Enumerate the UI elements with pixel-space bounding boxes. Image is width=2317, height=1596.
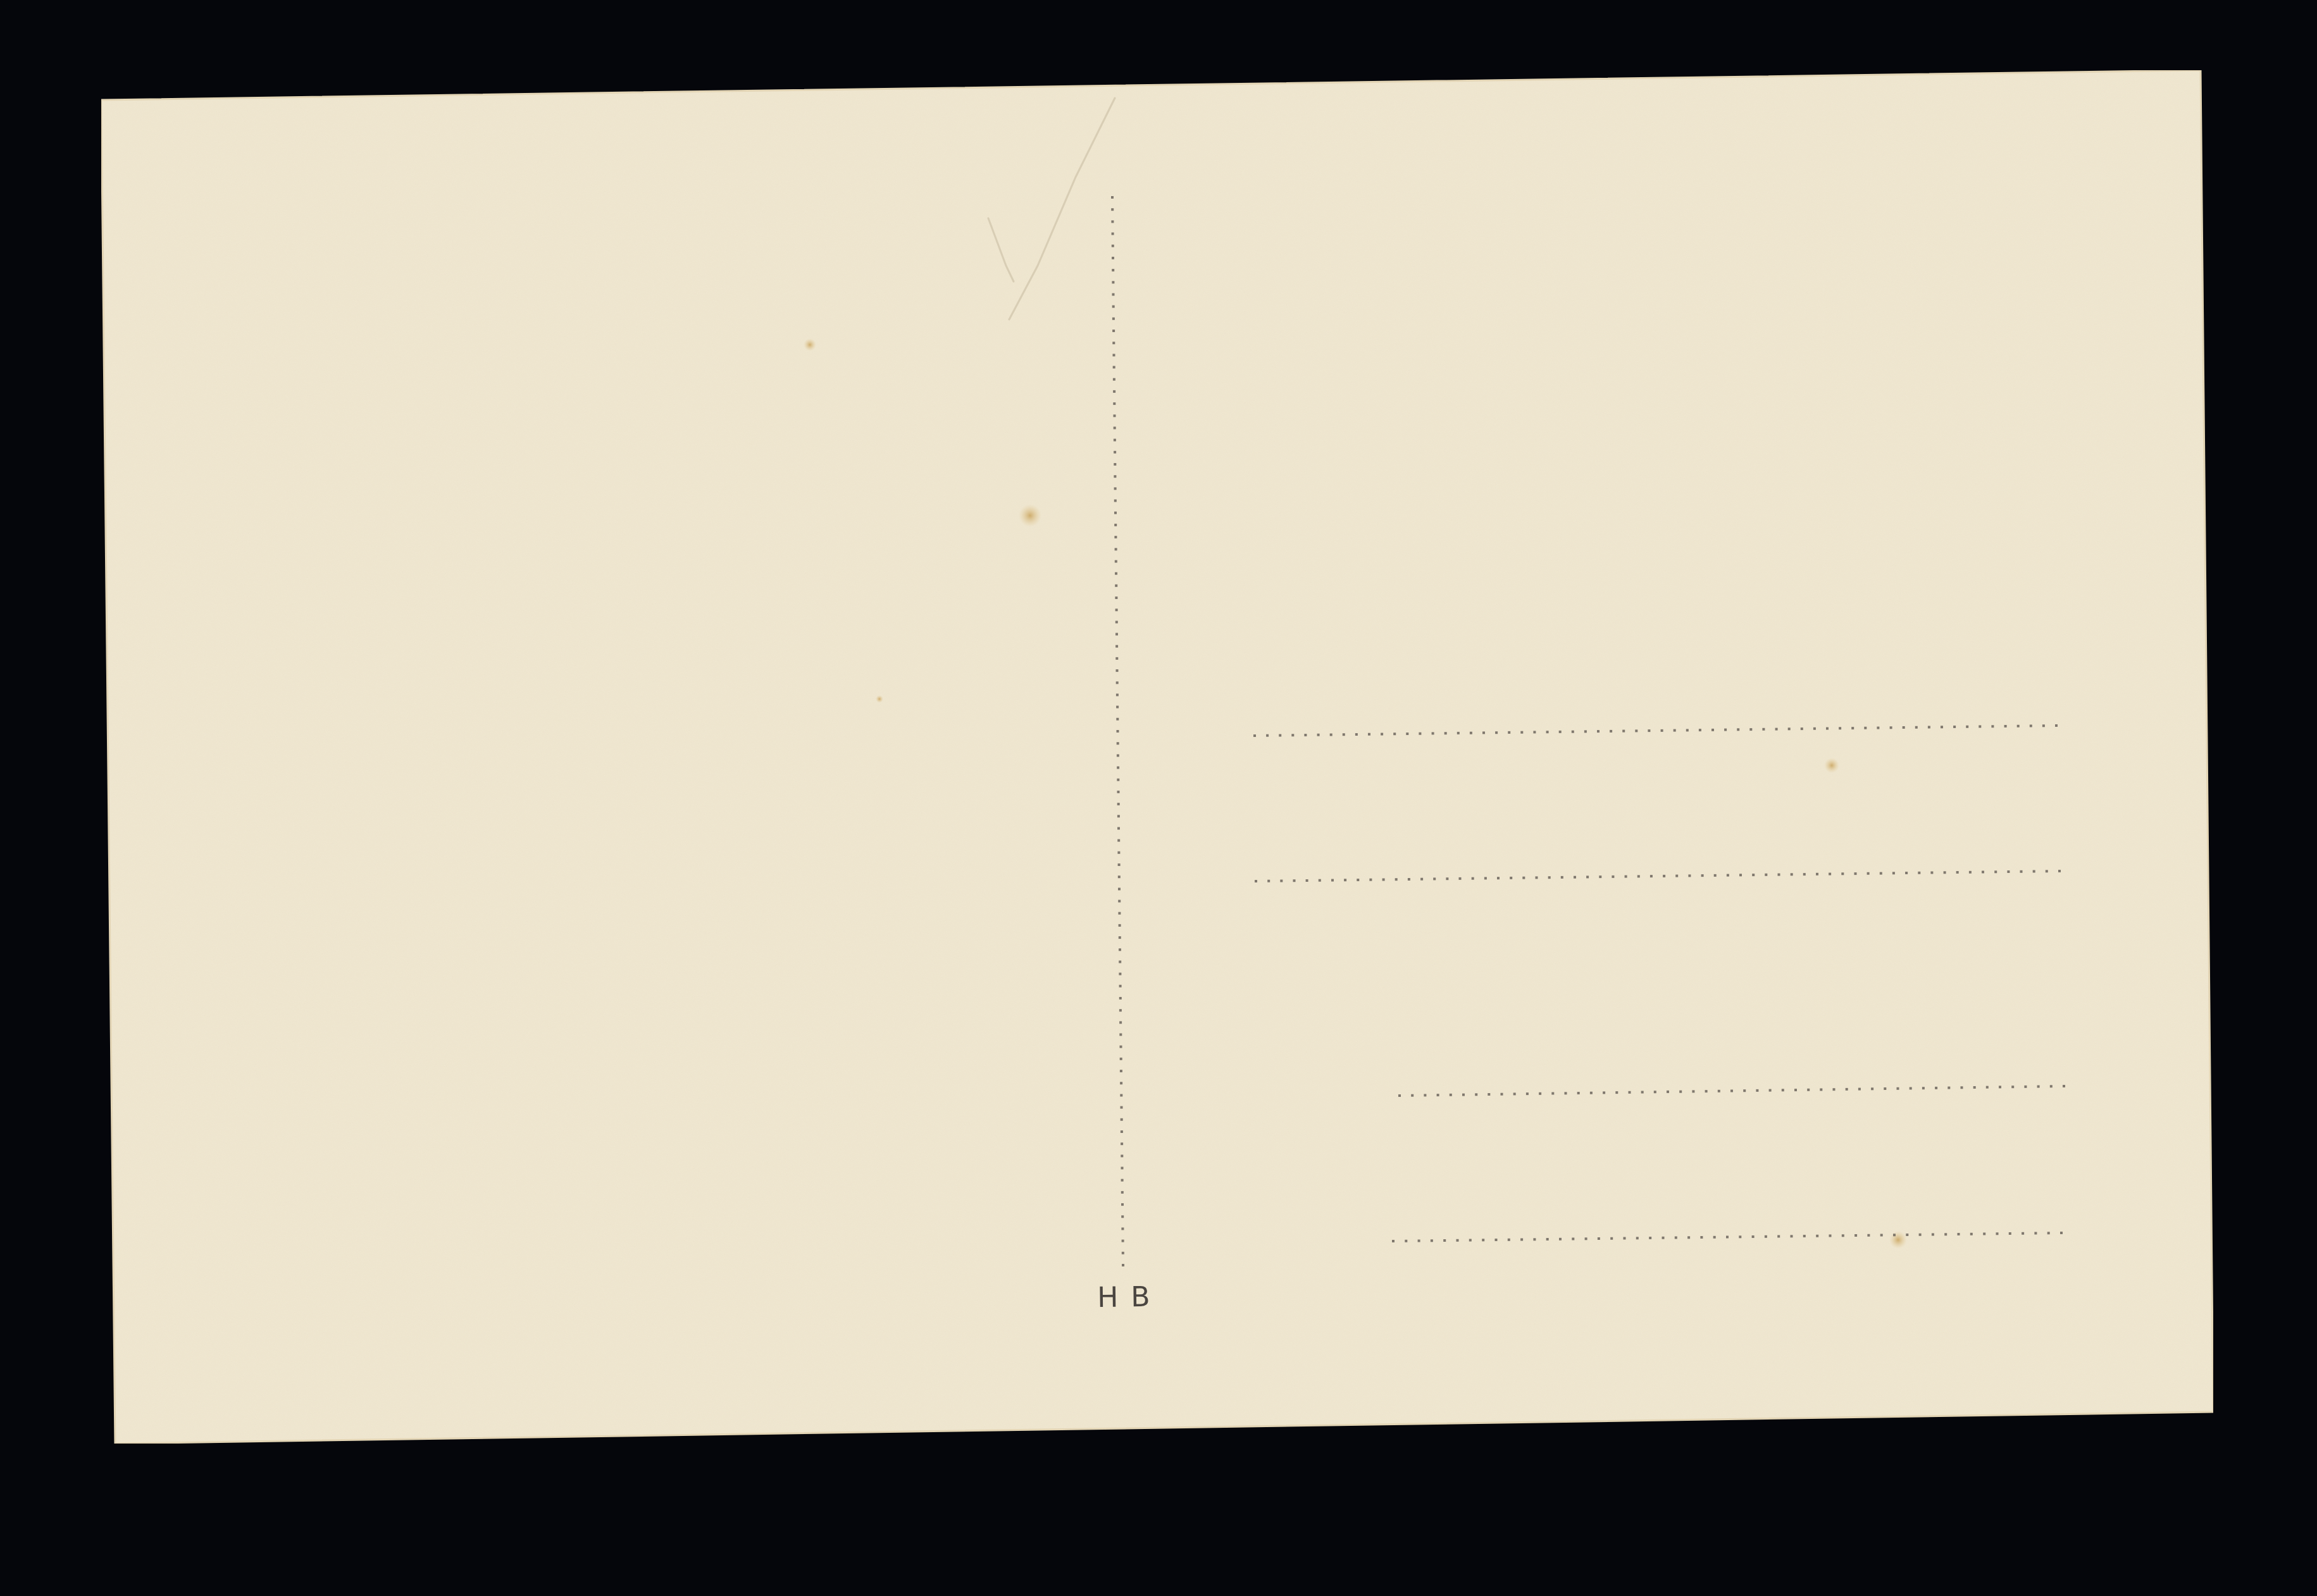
divider-dot — [1115, 621, 1118, 623]
address-dot — [1813, 727, 1816, 730]
address-dot — [1574, 876, 1576, 879]
address-dot — [1982, 871, 1984, 874]
divider-dot — [1117, 827, 1120, 830]
address-dot — [2004, 725, 2007, 727]
address-dot — [1357, 879, 1359, 881]
address-dot — [1603, 1091, 1605, 1094]
divider-dot — [1117, 767, 1119, 769]
divider-dot — [1114, 524, 1117, 526]
address-dot — [1437, 1094, 1439, 1096]
address-dot — [1411, 1094, 1413, 1097]
address-dot — [1344, 879, 1346, 881]
divider-dot — [1117, 754, 1119, 757]
address-dot — [1559, 1238, 1562, 1240]
address-dot — [1612, 875, 1614, 878]
address-dot — [1756, 1089, 1758, 1092]
divider-dot — [1117, 730, 1119, 733]
address-dot — [1559, 731, 1562, 733]
divider-dot — [1116, 706, 1119, 708]
divider-dot — [1121, 1179, 1124, 1182]
address-dot — [1846, 1088, 1848, 1091]
address-dot — [1778, 874, 1780, 876]
divider-dot — [1122, 1252, 1124, 1254]
address-dot — [1462, 1094, 1465, 1096]
divider-dot — [1121, 1167, 1124, 1170]
address-dot — [1406, 733, 1408, 735]
address-dot — [1915, 726, 1918, 729]
address-dot — [1679, 1091, 1682, 1093]
address-dot — [1405, 1240, 1407, 1242]
address-dot — [1615, 1091, 1618, 1094]
address-dot — [1649, 1237, 1651, 1239]
address-dot — [1355, 733, 1358, 736]
address-dot — [1918, 872, 1920, 874]
address-dot — [1475, 1093, 1477, 1096]
address-dot — [2009, 1232, 2011, 1235]
address-dot — [1820, 1089, 1822, 1091]
address-dot — [1897, 1087, 1899, 1090]
address-dot — [2030, 725, 2032, 727]
address-dot — [1947, 1087, 1950, 1089]
divider-dot — [1114, 500, 1117, 502]
address-dot — [1306, 879, 1308, 882]
address-dot — [1996, 1232, 1999, 1235]
address-dot — [1446, 877, 1448, 880]
address-dot — [1585, 1237, 1587, 1240]
divider-dot — [1112, 330, 1115, 332]
address-dot — [1622, 730, 1625, 733]
address-dot — [1369, 879, 1372, 881]
address-dot — [1973, 1086, 1976, 1089]
divider-dot — [1121, 1154, 1123, 1157]
address-dot — [1788, 727, 1791, 730]
address-dot — [1495, 1239, 1498, 1241]
address-dot — [2022, 1232, 2024, 1235]
address-dot — [1597, 730, 1600, 733]
divider-dot — [1114, 463, 1116, 466]
address-dot — [1826, 727, 1829, 730]
address-dot — [1877, 727, 1879, 729]
address-dot — [1526, 1092, 1529, 1095]
address-dot — [1858, 1088, 1861, 1091]
divider-dot — [1117, 851, 1120, 854]
divider-dot — [1118, 875, 1121, 878]
divider-dot — [1114, 475, 1116, 478]
address-dot — [1791, 1235, 1793, 1237]
address-dot — [1829, 873, 1831, 875]
address-dot — [1958, 1233, 1960, 1235]
address-dot — [1705, 1090, 1708, 1092]
address-dot — [1433, 877, 1436, 880]
address-dot — [1590, 1092, 1593, 1094]
address-dot — [1930, 872, 1933, 874]
address-dot — [1457, 1239, 1459, 1242]
divider-dot — [1114, 439, 1116, 442]
address-dot — [1497, 877, 1500, 879]
address-dot — [2055, 724, 2058, 727]
address-dot — [1730, 1090, 1733, 1092]
divider-dot — [1115, 597, 1117, 599]
divider-dot — [1114, 536, 1117, 538]
divider-dot — [1119, 997, 1122, 999]
address-dot — [1267, 880, 1270, 882]
address-dot — [1280, 880, 1283, 882]
divider-dot — [1119, 973, 1121, 975]
address-dot — [1713, 1236, 1716, 1239]
address-dot — [1941, 726, 1943, 728]
address-dot — [1484, 877, 1487, 879]
address-dot — [1470, 732, 1472, 734]
divider-dot — [1112, 281, 1114, 283]
address-dot — [1718, 1090, 1720, 1092]
address-dot — [1871, 1087, 1873, 1090]
divider-dot — [1113, 354, 1115, 356]
address-dot — [1662, 1237, 1665, 1239]
address-dot — [1714, 874, 1717, 877]
divider-dot — [1117, 779, 1119, 781]
address-dot — [1854, 1234, 1857, 1237]
address-dot — [1928, 726, 1930, 729]
address-dot — [1833, 1088, 1836, 1091]
address-dot — [1533, 1238, 1536, 1240]
divider-dot — [1116, 718, 1119, 721]
address-dot — [1765, 1235, 1767, 1238]
address-dot — [1983, 1233, 1985, 1235]
divider-dot — [1117, 791, 1120, 793]
address-dot — [2034, 1232, 2037, 1235]
address-dot — [1864, 727, 1867, 729]
address-dot — [2011, 1086, 2014, 1088]
address-dot — [1956, 871, 1959, 874]
address-dot — [1577, 1092, 1580, 1094]
divider-dot — [1114, 451, 1116, 454]
divider-dot — [1115, 560, 1117, 563]
address-dot — [1469, 1239, 1472, 1242]
address-dot — [1867, 1234, 1870, 1237]
address-dot — [1522, 877, 1525, 879]
divider-dot — [1119, 948, 1121, 951]
address-dot — [1953, 726, 1956, 728]
address-dot — [1782, 1089, 1784, 1091]
divider-dot — [1120, 1094, 1122, 1097]
address-dot — [1935, 1087, 1937, 1089]
address-dot — [2047, 1232, 2050, 1234]
address-dot — [1501, 1093, 1503, 1096]
address-dot — [1667, 1091, 1669, 1093]
divider-dot — [1118, 888, 1121, 890]
address-dot — [1625, 875, 1627, 878]
address-dot — [1431, 1239, 1433, 1242]
divider-dot — [1112, 233, 1114, 235]
address-dot — [1727, 874, 1729, 877]
divider-dot — [1116, 681, 1119, 684]
divider-dot — [1114, 487, 1117, 490]
address-dot — [1488, 1093, 1490, 1096]
address-dot — [2017, 725, 2020, 727]
divider-dot — [1119, 985, 1122, 987]
address-dot — [1546, 1238, 1549, 1240]
divider-dot — [1119, 961, 1121, 963]
address-dot — [1994, 870, 1997, 873]
address-dot — [1650, 875, 1653, 877]
address-dot — [2042, 724, 2045, 727]
address-dot — [1610, 730, 1612, 733]
address-dot — [1816, 873, 1818, 875]
divider-dot — [1113, 390, 1115, 393]
divider-dot — [1112, 257, 1114, 259]
address-dot — [1675, 1237, 1677, 1239]
address-dot — [1648, 729, 1650, 732]
address-dot — [1561, 876, 1563, 879]
divider-dot — [1111, 196, 1114, 199]
address-dot — [1393, 733, 1396, 735]
divider-dot — [1120, 1046, 1122, 1048]
address-dot — [1841, 872, 1844, 875]
address-dot — [1443, 1239, 1446, 1242]
address-dot — [1331, 879, 1334, 882]
address-dot — [1419, 733, 1421, 735]
divider-dot — [1120, 1058, 1122, 1060]
address-dot — [2063, 1085, 2065, 1087]
address-dot — [2050, 1085, 2053, 1087]
divider-dot — [1121, 1106, 1123, 1109]
divider-dot — [1121, 1215, 1124, 1218]
divider-dot — [1121, 1228, 1124, 1230]
divider-dot — [1116, 694, 1119, 696]
address-dot — [1319, 879, 1321, 882]
address-dot — [1854, 872, 1857, 875]
address-dot — [1801, 727, 1803, 730]
divider-dot — [1115, 585, 1117, 587]
address-dot — [1629, 1091, 1631, 1094]
address-dot — [1398, 1094, 1401, 1097]
address-dot — [1635, 729, 1637, 732]
divider-dot — [1116, 669, 1119, 672]
foxing-spot — [876, 695, 883, 703]
address-dot — [2037, 1086, 2040, 1088]
address-dot — [1636, 1237, 1639, 1239]
divider-dot — [1117, 815, 1120, 817]
divider-dot — [1112, 306, 1115, 308]
address-dot — [1701, 874, 1704, 877]
address-dot — [1991, 725, 1994, 727]
divider-dot — [1115, 657, 1118, 660]
address-dot — [1892, 872, 1895, 874]
address-dot — [1548, 876, 1551, 879]
divider-dot — [1119, 936, 1121, 939]
divider-dot — [1117, 742, 1119, 745]
foxing-spot — [804, 338, 816, 351]
address-dot — [1893, 1234, 1896, 1236]
divider-dot — [1121, 1118, 1123, 1121]
address-dot — [1654, 1091, 1656, 1093]
divider-dot — [1113, 378, 1115, 381]
address-dot — [1880, 1234, 1883, 1237]
divider-dot — [1117, 839, 1120, 842]
address-dot — [2060, 1232, 2063, 1234]
address-dot — [1495, 731, 1498, 734]
divider-dot — [1118, 912, 1121, 915]
address-dot — [1803, 873, 1806, 875]
address-dot — [1839, 727, 1841, 729]
address-dot — [2007, 870, 2010, 873]
divider-dot — [1121, 1203, 1124, 1206]
address-dot — [1675, 875, 1678, 877]
address-dot — [1482, 731, 1485, 734]
address-dot — [2020, 870, 2023, 873]
divider-dot — [1119, 1009, 1122, 1011]
address-dot — [1890, 726, 1892, 729]
divider-dot — [1112, 318, 1115, 320]
address-dot — [1752, 1235, 1755, 1238]
address-dot — [1266, 734, 1269, 737]
address-dot — [1279, 734, 1281, 737]
address-dot — [1944, 871, 1946, 874]
address-dot — [2024, 1086, 2027, 1088]
address-dot — [1539, 1092, 1541, 1095]
address-dot — [1408, 878, 1410, 881]
divider-dot — [1115, 609, 1118, 611]
address-dot — [1816, 1235, 1818, 1237]
address-dot — [1508, 1239, 1510, 1241]
address-dot — [1905, 872, 1908, 874]
address-dot — [1867, 872, 1870, 875]
foxing-spot — [1019, 504, 1041, 527]
address-dot — [1919, 1234, 1922, 1236]
address-dot — [1637, 875, 1640, 877]
divider-dot — [1121, 1130, 1123, 1133]
address-dot — [2058, 870, 2061, 872]
address-dot — [1700, 1236, 1703, 1239]
address-dot — [1880, 872, 1882, 875]
address-dot — [1641, 1091, 1644, 1094]
address-dot — [1674, 729, 1676, 732]
address-dot — [1803, 1235, 1806, 1237]
divider-dot — [1118, 900, 1121, 903]
divider-dot — [1122, 1264, 1124, 1266]
address-dot — [1922, 1087, 1925, 1089]
address-dot — [1457, 732, 1460, 734]
postcard-scene — [0, 0, 2317, 1596]
address-dot — [1794, 1089, 1797, 1091]
address-dot — [1688, 874, 1691, 877]
address-dot — [1392, 1240, 1395, 1242]
address-dot — [1969, 871, 1972, 874]
address-dot — [1970, 1233, 1973, 1235]
divider-dot — [1114, 512, 1117, 514]
address-dot — [2033, 870, 2035, 873]
address-dot — [1572, 731, 1574, 733]
address-dot — [1903, 726, 1905, 729]
address-dot — [1610, 1237, 1613, 1240]
divider-dot — [1115, 645, 1118, 648]
divider-dot — [1115, 633, 1118, 636]
divider-dot — [1119, 1034, 1122, 1036]
address-dot — [1829, 1235, 1832, 1237]
address-dot — [1807, 1089, 1810, 1091]
address-dot — [1510, 877, 1512, 879]
address-dot — [1743, 1089, 1746, 1092]
address-dot — [1432, 732, 1434, 734]
address-dot — [1572, 1238, 1574, 1240]
address-dot — [1791, 873, 1793, 875]
divider-dot — [1115, 548, 1117, 550]
divider-dot — [1112, 294, 1115, 296]
address-dot — [1944, 1233, 1947, 1235]
address-dot — [1851, 727, 1854, 729]
address-dot — [1293, 879, 1296, 882]
divider-dot — [1121, 1142, 1123, 1145]
divider-dot — [1114, 427, 1116, 430]
address-dot — [1765, 874, 1767, 876]
divider-dot — [1111, 220, 1114, 223]
divider-dot — [1113, 402, 1115, 405]
address-dot — [1551, 1092, 1554, 1095]
address-dot — [1533, 731, 1536, 733]
address-dot — [1749, 728, 1752, 731]
address-dot — [1520, 1239, 1523, 1241]
foxing-spot — [1889, 1231, 1907, 1249]
divider-dot — [1112, 342, 1115, 344]
address-dot — [1906, 1234, 1908, 1236]
address-dot — [1692, 1090, 1694, 1092]
address-dot — [1586, 875, 1589, 878]
divider-dot — [1120, 1070, 1122, 1072]
address-dot — [1565, 1092, 1567, 1094]
divider-dot — [1120, 1082, 1122, 1084]
divider-dot — [1118, 863, 1121, 866]
divider-dot — [1112, 269, 1114, 271]
address-dot — [1418, 1240, 1420, 1242]
address-dot — [1536, 876, 1538, 879]
address-dot — [1775, 728, 1778, 731]
address-dot — [1739, 874, 1742, 876]
address-dot — [1584, 730, 1587, 733]
address-dot — [1598, 1237, 1600, 1240]
address-dot — [1472, 877, 1474, 880]
address-dot — [1291, 734, 1294, 736]
divider-dot — [1111, 208, 1114, 211]
address-dot — [1599, 875, 1601, 878]
address-dot — [1482, 1239, 1484, 1241]
divider-dot — [1119, 1021, 1122, 1024]
address-dot — [1699, 729, 1701, 731]
divider-dot — [1117, 803, 1120, 805]
address-dot — [1330, 734, 1332, 736]
address-dot — [1777, 1235, 1780, 1238]
address-dot — [1663, 875, 1665, 877]
address-dot — [1420, 878, 1423, 881]
address-dot — [1508, 731, 1510, 734]
address-dot — [1724, 729, 1727, 731]
address-dot — [1762, 728, 1765, 731]
address-dot — [1368, 733, 1370, 736]
divider-dot — [1121, 1191, 1124, 1194]
address-dot — [1520, 731, 1523, 734]
address-dot — [1752, 874, 1755, 876]
address-dot — [1395, 878, 1398, 881]
address-dot — [1978, 726, 1981, 728]
foxing-spot — [1824, 758, 1839, 773]
address-dot — [1546, 731, 1549, 733]
address-dot — [1624, 1237, 1626, 1240]
address-dot — [1910, 1087, 1912, 1090]
divider-dot — [1113, 366, 1115, 369]
address-dot — [1255, 880, 1257, 882]
address-dot — [1711, 729, 1714, 731]
address-dot — [1739, 1235, 1741, 1238]
publisher-mark: HB — [1097, 1284, 1163, 1312]
